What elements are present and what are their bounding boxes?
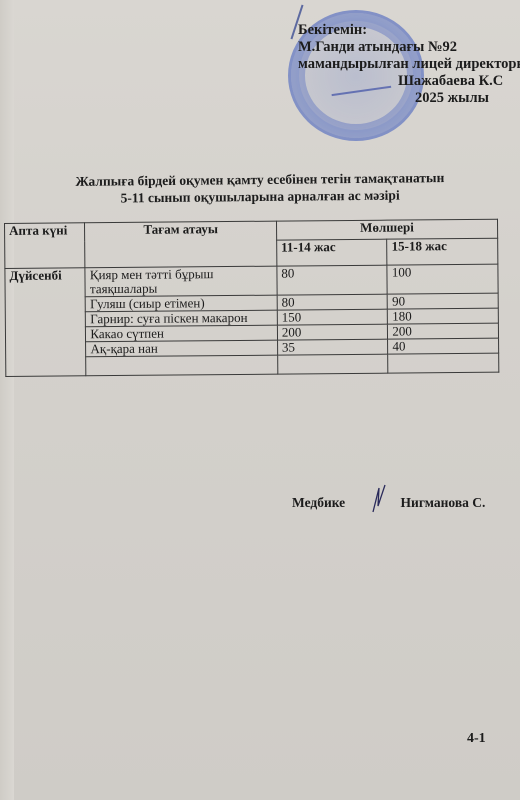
header-dish: Тағам атауы — [85, 221, 277, 268]
nurse-signature-mark — [372, 484, 386, 514]
page-number: 4-1 — [467, 731, 486, 747]
approval-label: Бекітемін: — [298, 22, 520, 39]
amount-a-cell: 80 — [277, 265, 388, 295]
amount-b-cell-empty — [388, 353, 499, 373]
director-title: мамандырылған лицей директоры — [298, 56, 520, 73]
approval-block: Бекітемін: М.Ганди атындағы №92 мамандыр… — [298, 22, 520, 107]
nurse-name: Нигманова С. — [401, 495, 486, 510]
amount-a-cell: 80 — [277, 294, 388, 310]
approval-year: 2025 жылы — [298, 90, 520, 107]
director-name: Шажабаева К.С — [298, 73, 520, 90]
amount-b-cell: 200 — [388, 323, 499, 339]
dish-cell: Гуляш (сиыр етімен) — [86, 295, 278, 312]
school-name: М.Ганди атындағы №92 — [298, 39, 520, 56]
paper-edge — [0, 0, 14, 800]
amount-b-cell: 90 — [388, 293, 499, 309]
header-age-15-18: 15-18 жас — [387, 238, 498, 265]
dish-cell: Қияр мен тәтті бұрыш таяқшалары — [85, 266, 277, 297]
amount-b-cell: 180 — [388, 308, 499, 324]
header-age-11-14: 11-14 жас — [277, 239, 388, 266]
dish-cell: Какао сүтпен — [86, 325, 278, 342]
nurse-role: Медбике — [292, 495, 345, 510]
amount-a-cell-empty — [278, 354, 389, 374]
amount-a-cell: 200 — [277, 324, 388, 340]
amount-b-cell: 100 — [387, 264, 498, 294]
dish-cell: Гарнир: суға піскен макарон — [86, 310, 278, 327]
dish-cell: Ақ-қара нан — [86, 340, 278, 357]
amount-a-cell: 150 — [277, 309, 388, 325]
header-day: Апта күні — [5, 223, 86, 269]
nurse-signature-block: Медбике Нигманова С. — [292, 495, 485, 511]
amount-a-cell: 35 — [277, 339, 388, 355]
menu-table: Апта күні Тағам атауы Мөлшері 11-14 жас … — [4, 219, 499, 377]
header-amount: Мөлшері — [276, 219, 497, 240]
document-title: Жалпыға бірдей оқумен қамту есебінен тег… — [0, 168, 520, 207]
day-cell: Дүйсенбі — [5, 268, 86, 377]
amount-b-cell: 40 — [388, 338, 499, 354]
table-row: Дүйсенбі Қияр мен тәтті бұрыш таяқшалары… — [5, 264, 498, 297]
dish-cell-empty — [86, 355, 278, 376]
